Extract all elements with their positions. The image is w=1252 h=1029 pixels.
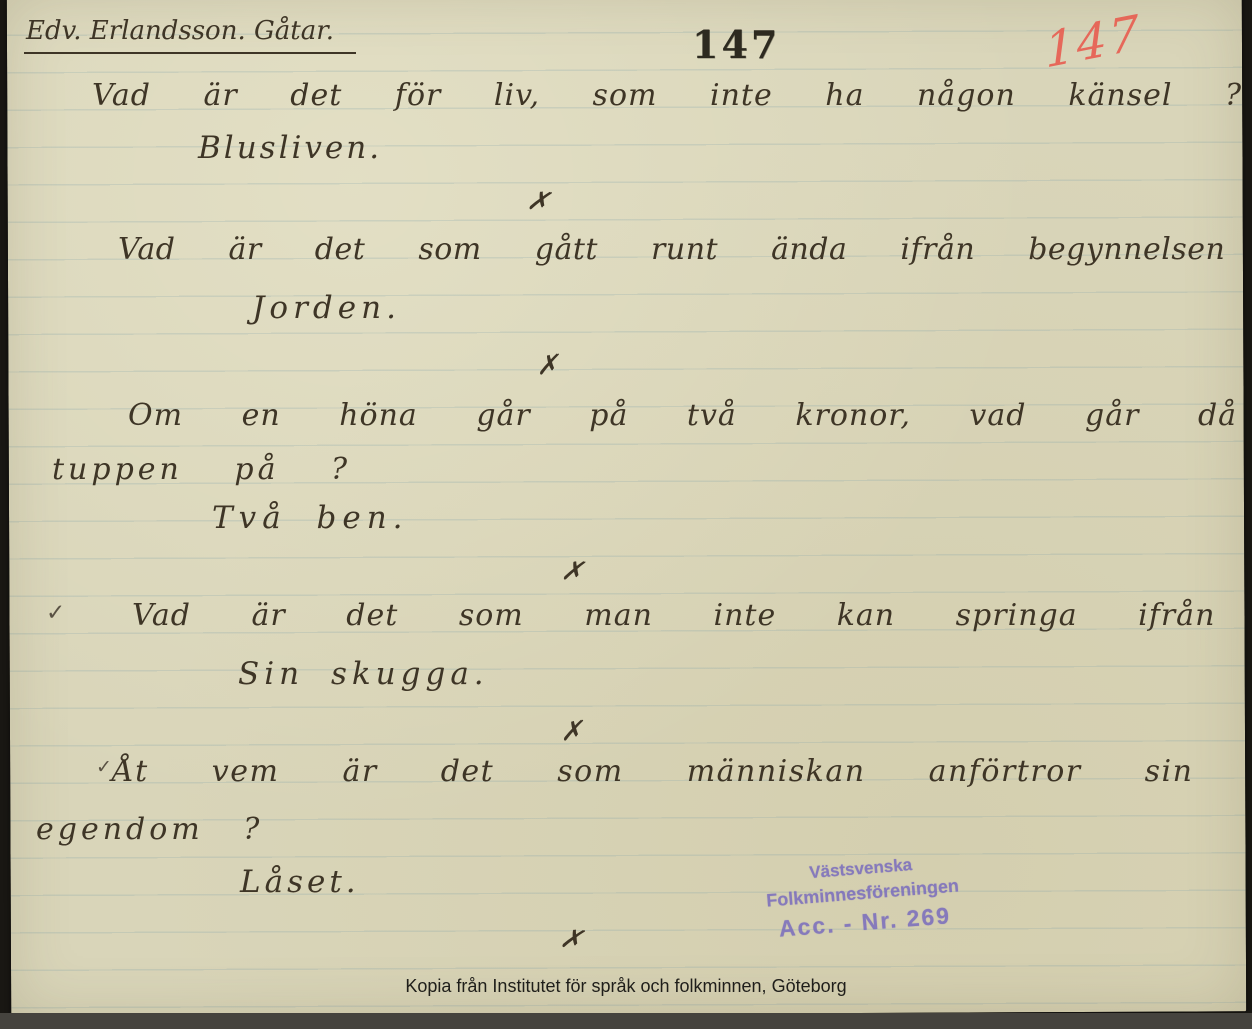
archive-copy-caption: Kopia från Institutet för språk och folk…	[0, 976, 1252, 997]
collector-heading: Edv. Erlandsson. Gåtar.	[24, 16, 356, 54]
margin-checkmark-2: ✓	[96, 756, 112, 778]
riddle-2-question: Vad är det som gått runt ända ifrån begy…	[118, 232, 1252, 267]
riddle-3-question-line-1: Om en höna går på två kronor, vad går då	[128, 398, 1237, 433]
riddle-3-question-line-2: tuppen på ?	[52, 452, 351, 487]
separator-cross-1: ✗	[525, 185, 552, 219]
riddle-3-answer: Två ben.	[212, 500, 409, 536]
riddle-1-answer: Blusliven.	[198, 130, 382, 166]
archive-accession-stamp: Västsvenska Folkminnesföreningen Acc. - …	[735, 848, 991, 948]
separator-cross-4: ✗	[559, 715, 583, 747]
page-content: Edv. Erlandsson. Gåtar. 147 147 Vad är d…	[0, 0, 1252, 1029]
scanned-document-page: { "document": { "collector_heading": "Ed…	[0, 0, 1252, 1029]
riddle-1-question: Vad är det för liv, som inte ha någon kä…	[92, 78, 1242, 113]
riddle-2-answer: Jorden.	[252, 290, 401, 326]
handwritten-red-page-number: 147	[1043, 4, 1142, 79]
riddle-5-question-line-2: egendom ?	[36, 812, 263, 847]
riddle-5-answer: Låset.	[240, 864, 360, 900]
separator-cross-2: ✗	[535, 349, 560, 382]
riddle-5-question-line-1: Åt vem är det som människan anförtror si…	[112, 754, 1252, 789]
separator-cross-5: ✗	[558, 922, 585, 956]
printed-page-number: 147	[692, 22, 780, 67]
separator-cross-3: ✗	[560, 555, 585, 588]
margin-checkmark-1: ✓	[46, 600, 65, 626]
riddle-4-answer: Sin skugga.	[238, 656, 489, 692]
riddle-4-question: Vad är det som man inte kan springa ifrå…	[132, 598, 1252, 633]
